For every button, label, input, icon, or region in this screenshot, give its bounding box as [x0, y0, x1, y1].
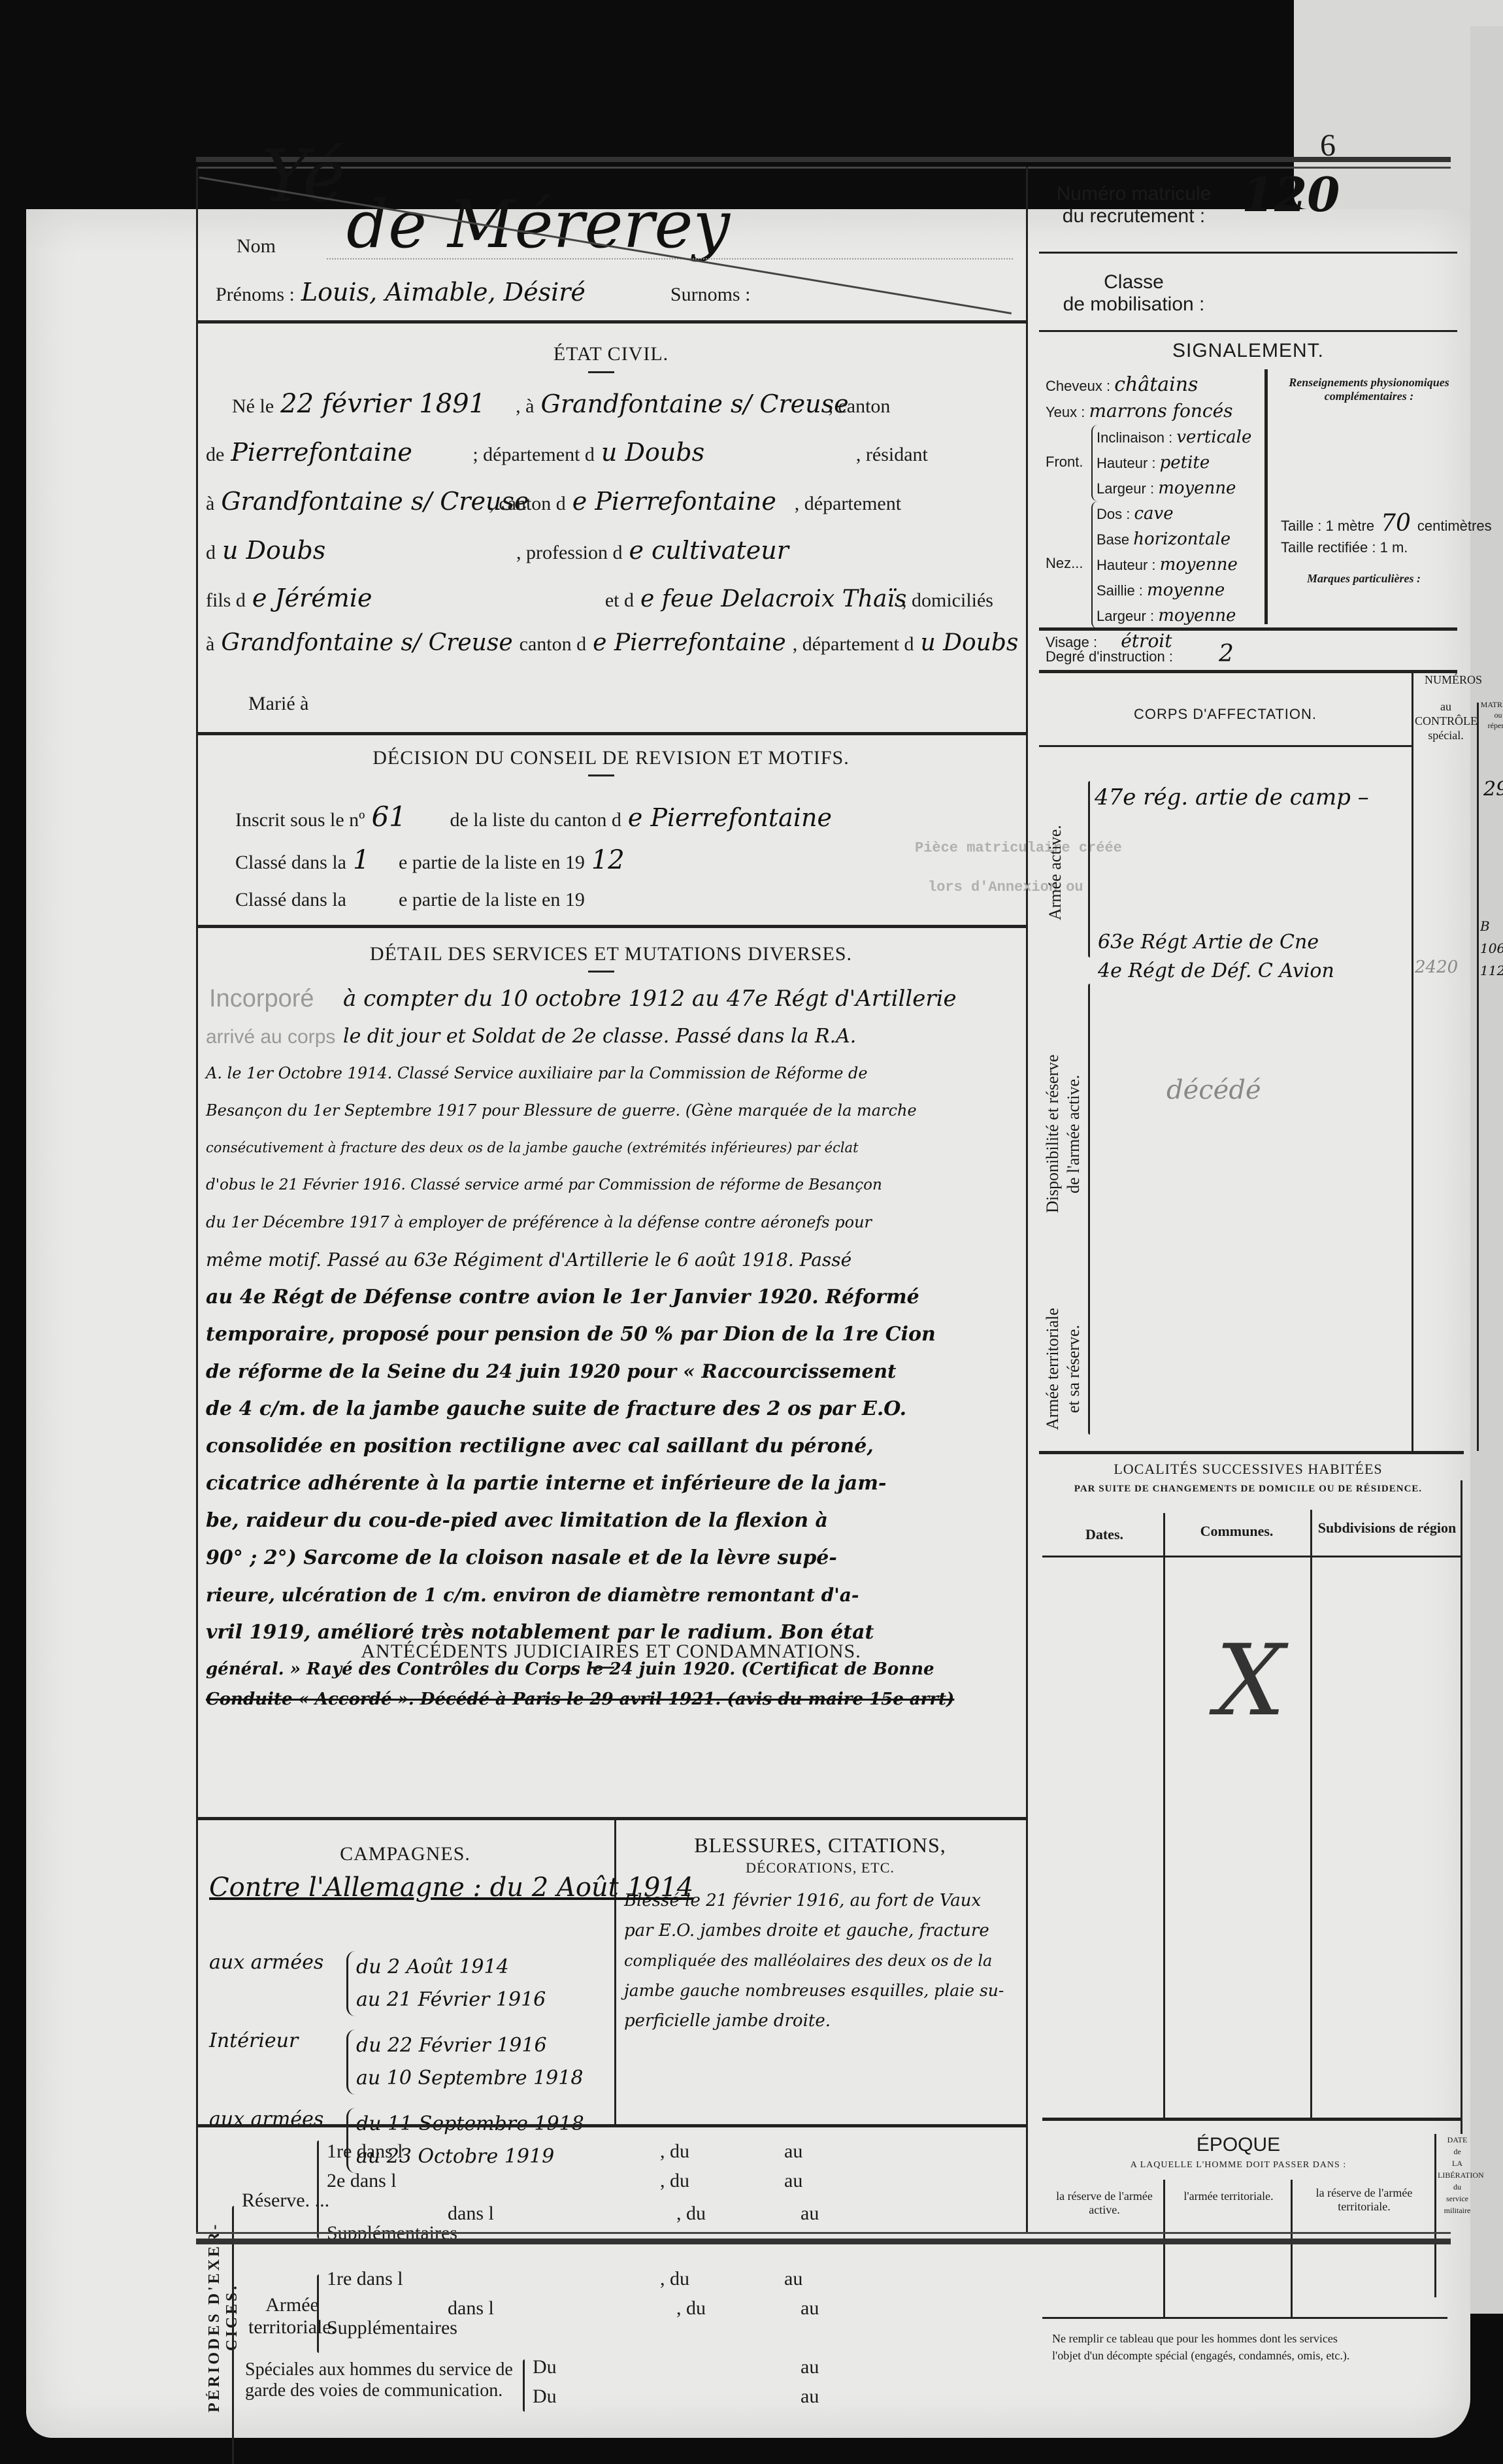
- profession: e cultivateur: [629, 536, 916, 565]
- degre-instruction-value: 2: [1219, 641, 1234, 667]
- col-dates: Dates.: [1046, 1526, 1163, 1543]
- largeur-label: Largeur :: [1097, 480, 1154, 497]
- reserve-2-row: 2e dans l , du au: [327, 2170, 802, 2192]
- du-label: , du: [660, 2140, 778, 2163]
- canton-label: , canton d: [489, 493, 565, 515]
- au-label: au: [801, 2356, 819, 2378]
- matricule-col-label-2: ou du: [1480, 710, 1503, 720]
- rule: [1042, 1556, 1461, 1557]
- bottom-rule: [196, 2239, 1451, 2244]
- territoriale-label: territoriale.: [248, 2316, 336, 2339]
- cheveux-row: Cheveux : châtains: [1046, 373, 1261, 399]
- departement-label: , département d: [793, 633, 914, 656]
- residence: Grandfontaine s/ Creuse: [221, 487, 482, 516]
- classe1-row: Classé dans la 1 e partie de la liste en…: [235, 845, 625, 875]
- front-group: Front. Inclinaison : verticale Hauteur :…: [1046, 425, 1261, 501]
- rule: [1039, 627, 1457, 631]
- surnoms-label: Surnoms :: [670, 284, 751, 306]
- renseignements-label-1: Renseignements physionomiques: [1281, 376, 1457, 390]
- territoriale-label-1: Armée territoriale: [1043, 1308, 1062, 1431]
- residence-canton: e Pierrefontaine: [572, 487, 788, 516]
- birth-place: Grandfontaine s/ Creuse: [540, 390, 821, 418]
- front-label: Front.: [1046, 425, 1091, 501]
- mere-label: et d: [605, 590, 634, 612]
- cheveux-value: châtains: [1114, 373, 1198, 396]
- service-line: cicatrice adhérente à la partie interne …: [206, 1465, 1023, 1502]
- parents-domicile-row: à Grandfontaine s/ Creuse canton d e Pie…: [206, 629, 1018, 656]
- service-line: Besançon du 1er Septembre 1917 pour Bles…: [206, 1092, 1023, 1129]
- speciales-row-1: Du au: [533, 2356, 819, 2378]
- matricule-label-1: Numéro matricule: [1046, 183, 1222, 205]
- controle-label: CONTRÔLE: [1415, 714, 1477, 728]
- periodes-brace: [232, 2206, 234, 2464]
- inclinaison-label: Inclinaison :: [1097, 429, 1172, 446]
- rule: [1042, 2118, 1461, 2121]
- blessure-line: compliquée des malléolaires des deux os …: [624, 1946, 1029, 1976]
- parents-domicile: Grandfontaine s/ Creuse: [221, 629, 512, 656]
- au-label: au: [784, 2268, 802, 2290]
- service-line: consécutivement à fracture des deux os d…: [206, 1129, 1023, 1167]
- marie-label: Marié à: [248, 693, 308, 715]
- speciales-line-1: Spéciales aux hommes du service de: [245, 2359, 513, 2380]
- service-line: de réforme de la Seine du 24 juin 1920 p…: [206, 1353, 1023, 1390]
- periodes-label-1: PÉRIODES D'EXER-: [206, 2222, 223, 2412]
- territoriale-1-row: 1re dans l , du au: [327, 2268, 802, 2290]
- numeros-label: NUMÉROS: [1425, 673, 1482, 687]
- liberation-label-3: LA LIBÉRATION: [1438, 2157, 1477, 2181]
- reserve-label: Réserve. ...: [242, 2189, 329, 2212]
- col-subdivisions: Subdivisions de région: [1313, 1520, 1461, 1537]
- rule: [1042, 2317, 1447, 2319]
- classe-mobilisation-label: Classe de mobilisation :: [1046, 271, 1222, 316]
- armee-active-matricule: 2948: [1483, 778, 1503, 801]
- reserve-1-label: 1re dans l: [327, 2140, 653, 2163]
- rule: [1039, 745, 1412, 747]
- birth-row: Né le 22 février 1891 , à Grandfontaine …: [232, 389, 890, 419]
- hauteur-value: petite: [1160, 453, 1210, 473]
- birth-date: 22 février 1891: [280, 389, 509, 419]
- liberation-label-1: DATE: [1438, 2134, 1477, 2146]
- blessure-line: par E.O. jambes droite et gauche, fractu…: [624, 1916, 1029, 1946]
- territoriale-supp-row: dans l , du au: [448, 2297, 819, 2320]
- inscrit-row: Inscrit sous le nº 61 de la liste du can…: [235, 801, 832, 833]
- au-label: au: [784, 2170, 802, 2192]
- deceased-note: décédé: [1166, 1075, 1261, 1105]
- page-corner-mark: 6: [1320, 127, 1336, 163]
- disponibilite-entry: 4e Régt de Déf. C Avion: [1098, 957, 1334, 986]
- a-label: à: [206, 633, 214, 656]
- parents-department: u Doubs: [921, 629, 1019, 656]
- au-label: au: [1415, 699, 1477, 714]
- liberation-label-5: service militaire: [1438, 2193, 1477, 2216]
- service-line: le dit jour et Soldat de 2e classe. Pass…: [206, 1018, 1023, 1055]
- matricule-value: 120: [1242, 167, 1340, 222]
- service-line: d'obus le 21 Février 1916. Classé servic…: [206, 1167, 1023, 1204]
- territoriale-label: Armée territoriale et sa réserve.: [1042, 1271, 1084, 1467]
- du-label: , du: [676, 2203, 794, 2225]
- section-rule: [196, 2124, 1026, 2127]
- parents-row: fils d e Jérémie et d e feue Delacroix T…: [206, 584, 993, 612]
- blessure-line: jambe gauche nombreuses esquilles, plaie…: [624, 1976, 1029, 2006]
- profession-row: d u Doubs , profession d e cultivateur: [206, 536, 916, 565]
- epoque-note-2: l'objet d'un décompte spécial (engagés, …: [1052, 2347, 1349, 2364]
- territoriale-brace: [1088, 1271, 1090, 1435]
- campagne-to: au 21 Février 1916: [356, 1984, 546, 2016]
- degre-instruction-row: Degré d'instruction : 2: [1046, 641, 1234, 667]
- title-underline: [588, 774, 614, 776]
- periodes-side-label: PÉRIODES D'EXER- CICES.: [206, 2186, 241, 2448]
- base-value: horizontale: [1133, 529, 1230, 549]
- stamp-text: Pièce matriculaire créée: [915, 840, 1122, 856]
- nez-label: Nez...: [1046, 501, 1091, 629]
- taille-value: 70: [1381, 510, 1411, 537]
- nez-group: Nez... Dos : cave Base horizontale Haute…: [1046, 501, 1261, 629]
- left-border: [196, 167, 198, 2232]
- nom-dotted-line: [327, 258, 1013, 259]
- blessures-title: BLESSURES, CITATIONS,: [614, 1833, 1026, 1857]
- taille-rectifiee-label: Taille rectifiée : 1 m.: [1281, 539, 1408, 556]
- armee-label: Armée: [248, 2294, 336, 2316]
- speciales-row-2: Du au: [533, 2386, 819, 2408]
- matricule-label-2: du recrutement :: [1046, 205, 1222, 227]
- marie-row: Marié à: [248, 693, 315, 715]
- rule: [1039, 330, 1457, 332]
- disponibilite-matricules: B 1063 1124: [1480, 915, 1503, 982]
- a-label: , à: [516, 395, 534, 418]
- reserve-supp-row: dans l , du au: [448, 2203, 819, 2225]
- residence-row: à Grandfontaine s/ Creuse , canton d e P…: [206, 487, 901, 516]
- campagnes-title: CAMPAGNES.: [196, 1843, 614, 1865]
- campagne-from: du 22 Février 1916: [356, 2029, 583, 2062]
- cheveux-label: Cheveux :: [1046, 378, 1110, 394]
- fils-label: fils d: [206, 590, 246, 612]
- localites-right-divider: [1461, 1480, 1462, 2134]
- service-line: du 1er Décembre 1917 à employer de préfé…: [206, 1204, 1023, 1241]
- armee-active-label: Armée active.: [1046, 774, 1065, 971]
- parents-canton: e Pierrefontaine: [593, 629, 786, 656]
- matricule-col-label: MATRICULE ou du répertoire: [1480, 699, 1503, 731]
- departement-label: , département: [795, 493, 901, 515]
- marques-label: Marques particulières :: [1307, 572, 1421, 586]
- disponibilite-label-1: Disponibilité et réserve: [1043, 1055, 1062, 1214]
- campagne-label: Intérieur: [209, 2029, 346, 2108]
- etat-civil-title: ÉTAT CIVIL.: [196, 343, 1026, 365]
- taille-unit: centimètres: [1417, 518, 1492, 535]
- title-underline: [588, 1667, 614, 1669]
- campagne-brace: du 2 Août 1914 au 21 Février 1916: [346, 1951, 546, 2016]
- decision-title: DÉCISION DU CONSEIL DE REVISION ET MOTIF…: [196, 747, 1026, 769]
- ne-le-label: Né le: [232, 395, 274, 418]
- liste-canton-label: de la liste du canton d: [450, 809, 621, 831]
- domicilies-label: , domiciliés: [902, 590, 993, 612]
- services-title: DÉTAIL DES SERVICES ET MUTATIONS DIVERSE…: [196, 943, 1026, 965]
- father-name: e Jérémie: [252, 584, 599, 612]
- du-label: Du: [533, 2356, 794, 2378]
- matricule-col-label-1: MATRICULE: [1480, 699, 1503, 710]
- title-underline: [588, 371, 614, 373]
- du-label: , du: [660, 2268, 778, 2290]
- service-line: consolidée en position rectiligne avec c…: [206, 1427, 1023, 1465]
- speciales-label: Spéciales aux hommes du service de garde…: [245, 2359, 513, 2401]
- yeux-value: marrons foncés: [1089, 400, 1232, 422]
- inscrit-label: Inscrit sous le nº: [235, 809, 365, 831]
- reserve-brace: [317, 2140, 319, 2239]
- dos-label: Dos :: [1097, 506, 1130, 522]
- nom-label: Nom: [237, 235, 276, 258]
- largeur-value: moyenne: [1158, 478, 1236, 498]
- prenoms-row: Prénoms : Louis, Aimable, Désiré Surnoms…: [216, 278, 757, 307]
- corps-affectation-title: CORPS D'AFFECTATION.: [1039, 706, 1412, 723]
- classe-label: Classé dans la: [235, 852, 346, 874]
- saillie-label: Saillie :: [1097, 582, 1143, 599]
- matricule-col-divider: [1477, 703, 1479, 1451]
- nom-value: de Mérerey: [346, 186, 730, 263]
- section-rule: [196, 1817, 1026, 1820]
- yeux-row: Yeux : marrons foncés: [1046, 399, 1261, 425]
- classe2-row: Classé dans la e partie de la liste en 1…: [235, 889, 591, 911]
- section-rule: [196, 320, 1026, 324]
- struck-service-line: Conduite « Accordé ». Décédé à Paris le …: [206, 1688, 1023, 1710]
- rule: [1039, 252, 1457, 254]
- epoque-title: ÉPOQUE: [1046, 2134, 1431, 2156]
- rule: [1039, 670, 1457, 673]
- disponibilite-controle: 2420: [1415, 957, 1458, 977]
- top-rule: [196, 157, 1451, 162]
- speciales-brace: [523, 2359, 525, 2412]
- service-line: A. le 1er Octobre 1914. Classé Service a…: [206, 1055, 1023, 1092]
- territoriale-1-label: 1re dans l: [327, 2268, 653, 2290]
- blessures-text: Blessé le 21 février 1916, au fort de Va…: [624, 1886, 1029, 2036]
- classe-label-1: Classe: [1046, 271, 1222, 293]
- signalement-list: Cheveux : châtains Yeux : marrons foncés…: [1046, 373, 1261, 655]
- campagne-from: du 2 Août 1914: [356, 1951, 546, 1984]
- au-controle-label: au CONTRÔLE spécial.: [1415, 699, 1477, 742]
- localites-subtitle: PAR SUITE DE CHANGEMENTS DE DOMICILE OU …: [1039, 1484, 1457, 1495]
- armee-territoriale-label: Armée territoriale.: [248, 2294, 336, 2339]
- dos-value: cave: [1134, 504, 1173, 524]
- section-rule: [196, 732, 1026, 735]
- dans-l-label: dans l: [448, 2297, 670, 2320]
- epoque-note-1: Ne remplir ce tableau que pour les homme…: [1052, 2330, 1349, 2347]
- hauteur-label: Hauteur :: [1097, 557, 1156, 573]
- classe-suffix: e partie de la liste en 19: [399, 852, 585, 874]
- epoque-col-territoriale: l'armée territoriale.: [1166, 2189, 1291, 2203]
- birth-canton: Pierrefontaine: [231, 438, 466, 467]
- residant-label: , résidant: [856, 444, 928, 466]
- au-label: au: [801, 2386, 819, 2408]
- reserve-2-label: 2e dans l: [327, 2170, 653, 2192]
- disponibilite-matricule: B 1063: [1480, 915, 1503, 959]
- blessure-line: perficielle jambe droite.: [624, 2006, 1029, 2036]
- taille-label: Taille : 1 mètre: [1281, 518, 1374, 535]
- signalement-divider: [1264, 369, 1268, 624]
- service-line: au 4e Régt de Défense contre avion le 1e…: [206, 1278, 1023, 1316]
- inscrit-numero: 61: [371, 801, 443, 833]
- territoriale-label-2: et sa réserve.: [1064, 1325, 1083, 1414]
- au-label: au: [801, 2297, 819, 2320]
- name-prefix-mark: Yé: [261, 134, 345, 218]
- disponibilite-matricule: 1124: [1480, 959, 1503, 982]
- prenoms-value: Louis, Aimable, Désiré: [301, 278, 586, 307]
- d-label: d: [206, 542, 216, 564]
- campagne-to: au 10 Septembre 1918: [356, 2062, 583, 2095]
- canton-label: canton d: [520, 633, 586, 656]
- matricule-col-label-3: répertoire: [1480, 720, 1503, 731]
- mother-name: e feue Delacroix Thaïs: [640, 586, 895, 612]
- liberation-label-2: de: [1438, 2146, 1477, 2157]
- supplementaires-label: Supplémentaires: [327, 2317, 457, 2339]
- largeur-value: moyenne: [1158, 606, 1236, 625]
- classe-label-2: de mobilisation :: [1046, 293, 1222, 316]
- classe1-annee: 12: [591, 845, 625, 875]
- disponibilite-label-2: de l'armée active.: [1064, 1074, 1083, 1193]
- blessure-line: Blessé le 21 février 1916, au fort de Va…: [624, 1886, 1029, 1916]
- prenoms-label: Prénoms :: [216, 284, 295, 306]
- disponibilite-entries: 63e Régt Artie de Cne 4e Régt de Déf. C …: [1098, 928, 1334, 986]
- du-label: Du: [533, 2386, 794, 2408]
- speciales-line-2: garde des voies de communication.: [245, 2380, 513, 2401]
- classe-suffix: e partie de la liste en 19: [399, 889, 585, 911]
- inclinaison-value: verticale: [1176, 427, 1251, 447]
- signalement-title: SIGNALEMENT.: [1039, 340, 1457, 362]
- service-line: 90° ; 2°) Sarcome de la cloison nasale e…: [206, 1539, 1023, 1576]
- renseignements-label: Renseignements physionomiques complément…: [1281, 376, 1457, 403]
- epoque-right-divider: [1434, 2134, 1436, 2297]
- dans-l-label: dans l: [448, 2203, 670, 2225]
- nez-brace: Dos : cave Base horizontale Hauteur : mo…: [1091, 501, 1238, 629]
- epoque-col-divider: [1163, 2180, 1165, 2317]
- numeros-divider: [1412, 670, 1413, 1451]
- hauteur-label: Hauteur :: [1097, 455, 1156, 471]
- a-label: à: [206, 493, 214, 515]
- matricule-label: Numéro matricule du recrutement :: [1046, 183, 1222, 227]
- campagne-label: aux armées: [209, 1951, 346, 2029]
- du-label: , du: [660, 2170, 778, 2192]
- profession-label: , profession d: [516, 542, 622, 564]
- liste-canton: e Pierrefontaine: [628, 803, 832, 832]
- disponibilite-label: Disponibilité et réserve de l'armée acti…: [1042, 997, 1084, 1271]
- bottom-rule-thin: [196, 2232, 1451, 2234]
- epoque-col-reserve-active: la réserve de l'armée active.: [1046, 2189, 1163, 2217]
- section-rule: [196, 925, 1026, 928]
- departement-label: ; département d: [472, 444, 595, 466]
- campagne-row: aux armées du 2 Août 1914 au 21 Février …: [209, 1951, 614, 2029]
- services-text: à compter du 10 octobre 1912 au 47e Régt…: [206, 980, 1023, 1710]
- campagne-row: Intérieur du 22 Février 1916 au 10 Septe…: [209, 2029, 614, 2108]
- de-label: de: [206, 444, 224, 466]
- service-line: temporaire, proposé pour pension de 50 %…: [206, 1316, 1023, 1353]
- campagne-brace: du 22 Février 1916 au 10 Septembre 1918: [346, 2029, 583, 2095]
- liberation-date-label: DATE de LA LIBÉRATION du service militai…: [1438, 2134, 1477, 2216]
- service-line: même motif. Passé au 63e Régiment d'Arti…: [206, 1241, 1023, 1278]
- degre-instruction-label: Degré d'instruction :: [1046, 648, 1173, 665]
- disponibilite-entry: 63e Régt Artie de Cne: [1098, 928, 1334, 957]
- antecedents-title: ANTÉCÉDENTS JUDICIAIRES ET CONDAMNATIONS…: [196, 1640, 1026, 1663]
- disponibilite-brace: [1088, 984, 1090, 1291]
- residence-department: u Doubs: [222, 536, 510, 565]
- armee-active-brace: [1088, 781, 1090, 957]
- campagne-label: aux armées: [209, 2108, 346, 2186]
- localites-col-divider: [1310, 1510, 1312, 2118]
- au-label: au: [801, 2203, 819, 2225]
- localites-title: LOCALITÉS SUCCESSIVES HABITÉES: [1039, 1461, 1457, 1478]
- special-label: spécial.: [1415, 728, 1477, 742]
- service-line: de 4 c/m. de la jambe gauche suite de fr…: [206, 1390, 1023, 1427]
- saillie-value: moyenne: [1147, 580, 1225, 600]
- epoque-col-divider: [1291, 2180, 1293, 2317]
- front-brace: Inclinaison : verticale Hauteur : petite…: [1091, 425, 1251, 501]
- birth-department: u Doubs: [601, 438, 850, 467]
- title-underline: [588, 971, 614, 973]
- renseignements-label-2: complémentaires :: [1281, 390, 1457, 403]
- territoriale-brace: [317, 2274, 319, 2353]
- au-label: au: [784, 2140, 802, 2163]
- epoque-note: Ne remplir ce tableau que pour les homme…: [1052, 2330, 1349, 2364]
- military-registration-form: 6 Yé Nom de Mérerey Prénoms : Louis, Aim…: [196, 147, 1477, 2343]
- campagnes-heading: Contre l'Allemagne : du 2 Août 1914: [209, 1873, 693, 1903]
- service-line: rieure, ulcération de 1 c/m. environ de …: [206, 1576, 1023, 1614]
- birth-canton-row: de Pierrefontaine ; département d u Doub…: [206, 438, 928, 467]
- service-line: be, raideur du cou-de-pied avec limitati…: [206, 1502, 1023, 1539]
- classe1-partie: 1: [353, 845, 392, 875]
- service-line: à compter du 10 octobre 1912 au 47e Régt…: [206, 980, 1023, 1018]
- armee-active-entry: 47e rég. artie de camp –: [1095, 784, 1369, 810]
- blessures-subtitle: DÉCORATIONS, ETC.: [614, 1859, 1026, 1876]
- epoque-col-reserve-territoriale: la réserve de l'armée territoriale.: [1294, 2186, 1434, 2214]
- base-label: Base: [1097, 531, 1129, 548]
- liberation-label-4: du: [1438, 2181, 1477, 2193]
- rule: [1039, 1451, 1464, 1454]
- col-communes: Communes.: [1163, 1523, 1310, 1540]
- taille-row: Taille : 1 mètre 70 centimètres: [1281, 510, 1492, 537]
- cross-mark: X: [1215, 1624, 1285, 1738]
- classe-label: Classé dans la: [235, 889, 346, 911]
- yeux-label: Yeux :: [1046, 404, 1085, 420]
- hauteur-value: moyenne: [1160, 555, 1238, 574]
- localites-col-divider: [1163, 1513, 1165, 2118]
- reserve-1-row: 1re dans l , du au: [327, 2140, 802, 2163]
- canton-label: , canton: [828, 395, 890, 418]
- largeur-label: Largeur :: [1097, 608, 1154, 624]
- epoque-subtitle: A LAQUELLE L'HOMME DOIT PASSER DANS :: [1046, 2160, 1431, 2171]
- du-label: , du: [676, 2297, 794, 2320]
